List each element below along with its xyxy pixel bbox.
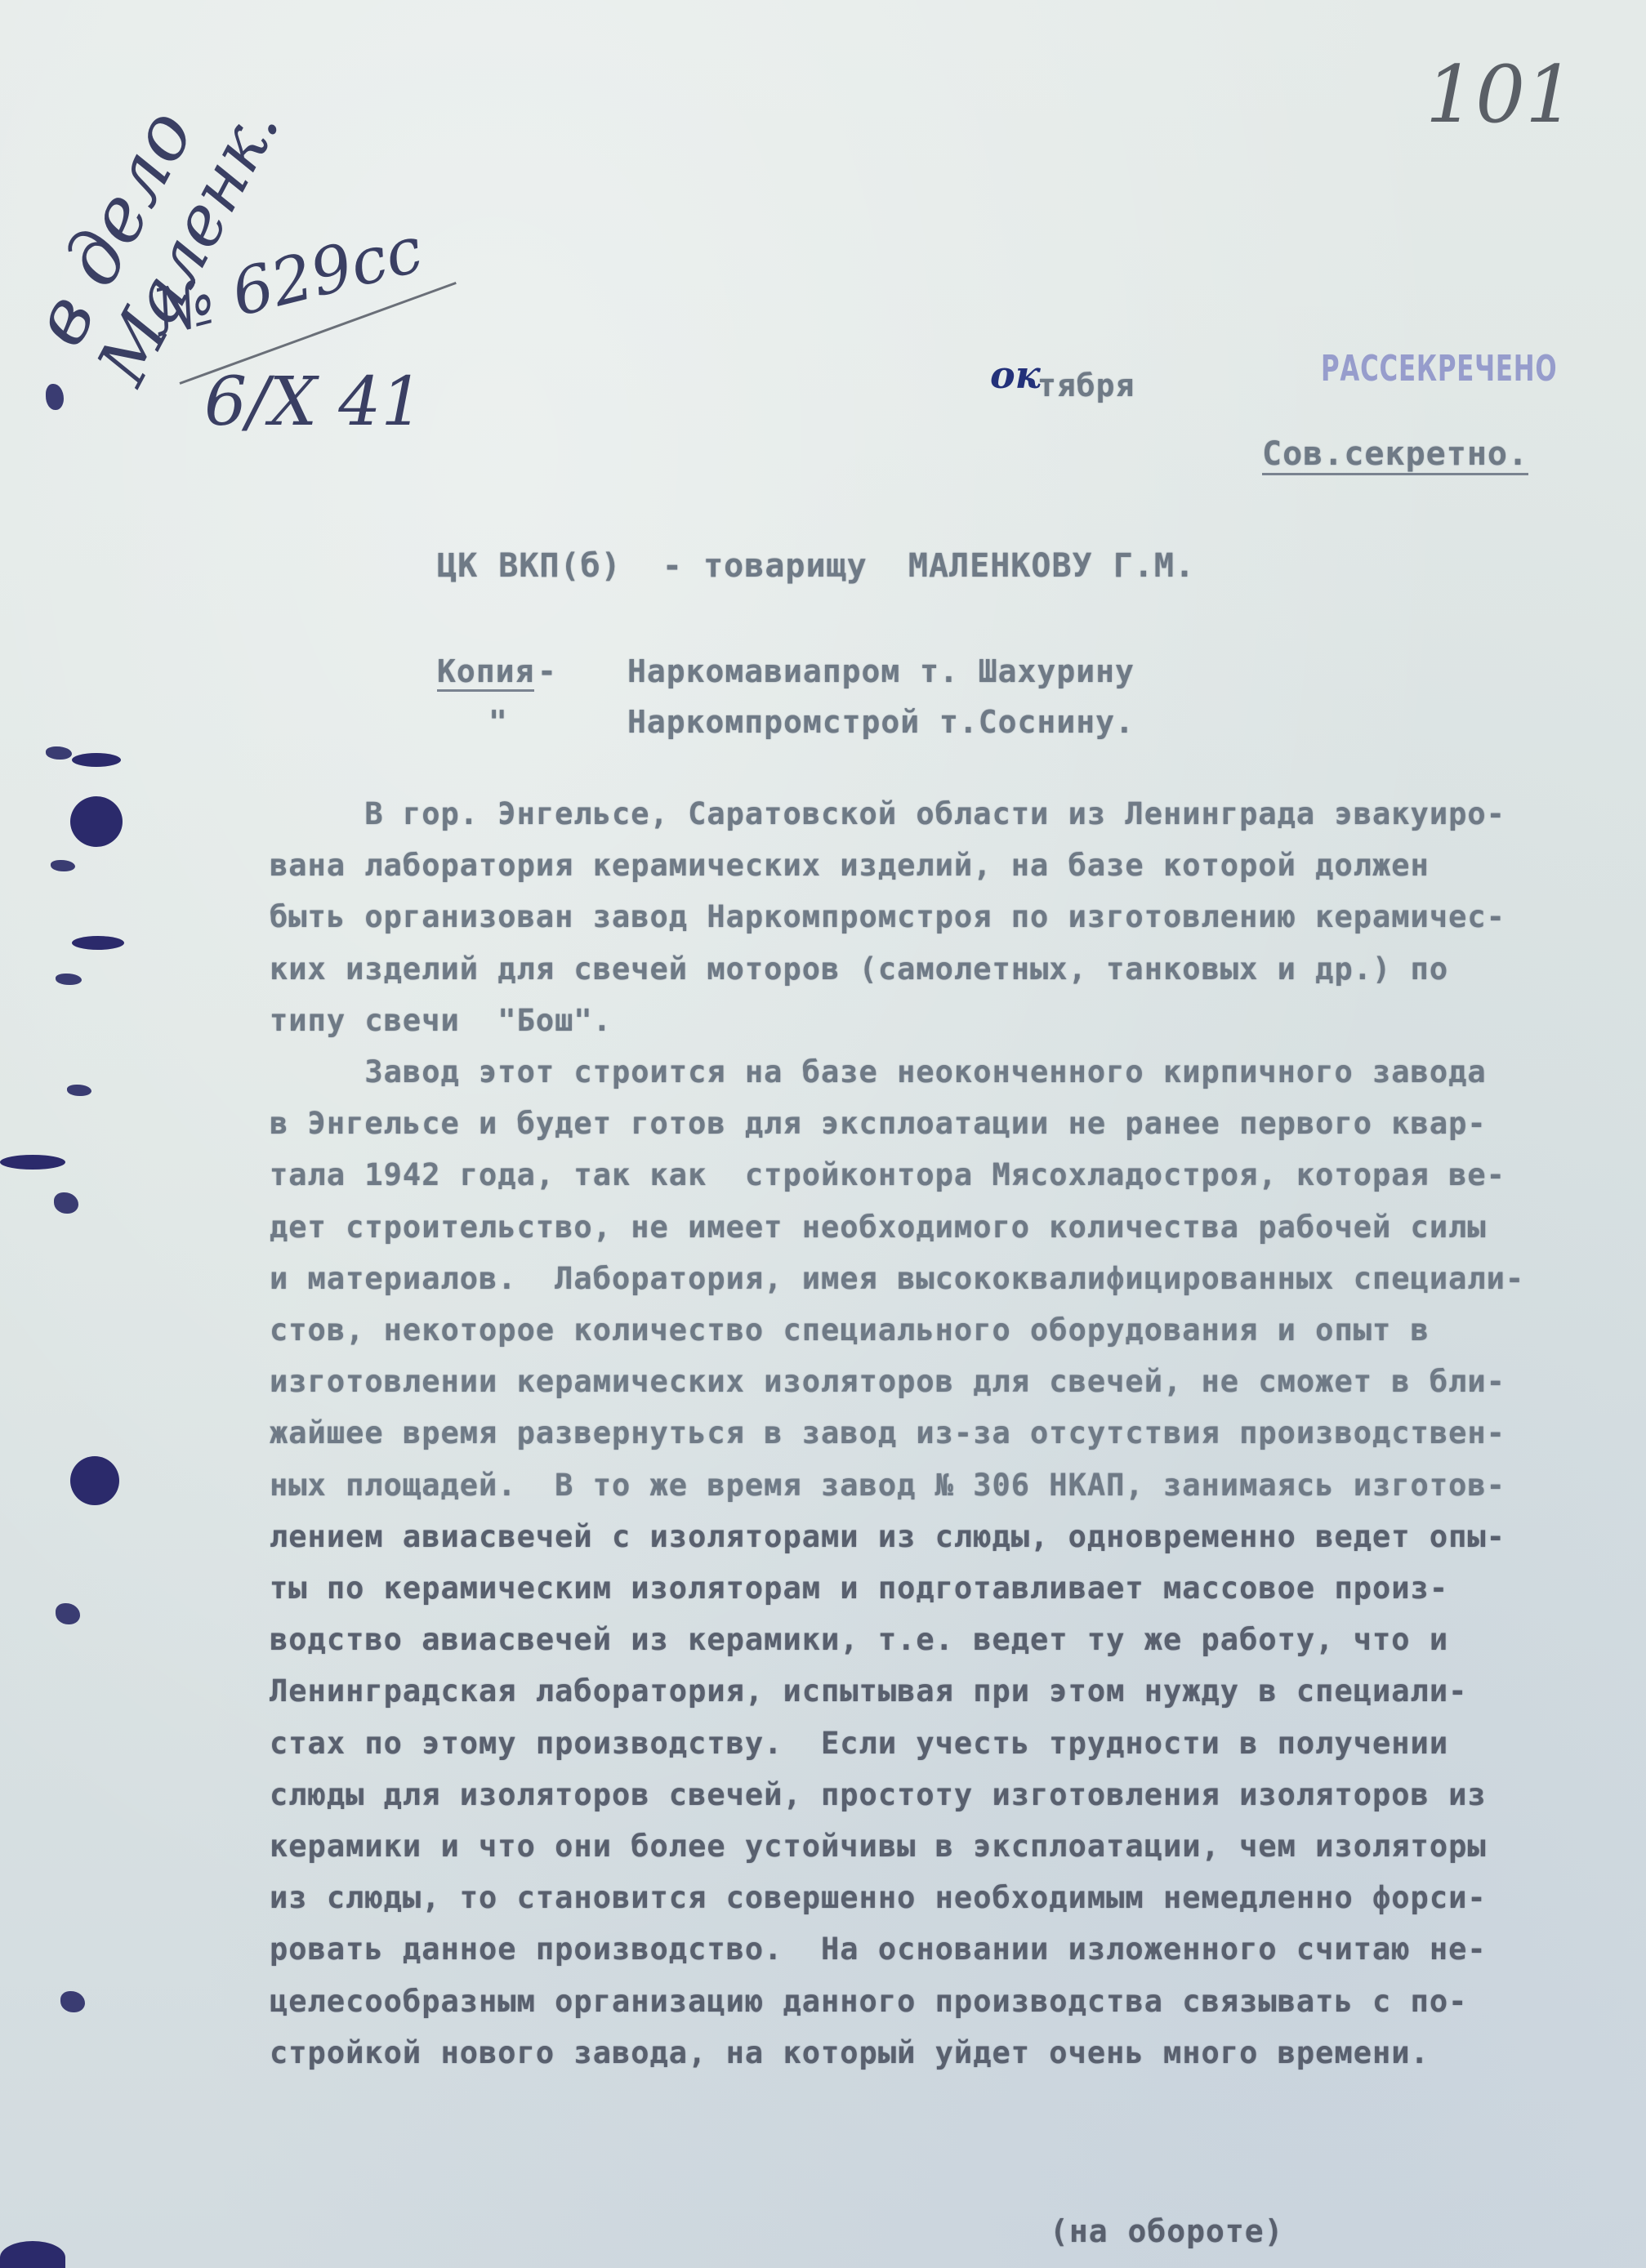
body-line: В гор. Энгельсе, Саратовской области из …: [270, 796, 1505, 831]
body-line: в Энгельсе и будет готов для эксплоатаци…: [270, 1106, 1487, 1141]
body-line: целесообразным организацию данного произ…: [270, 1984, 1467, 2019]
copy-label: Копия: [437, 653, 534, 692]
classification-label: Сов.секретно.: [1262, 435, 1528, 475]
copy-dash: -: [538, 653, 557, 689]
body-line: ровать данное производство. На основании…: [270, 1932, 1487, 1967]
document-page: в дело Маленк. № 629сс 6/X 41 101 ок тяб…: [0, 0, 1646, 2268]
body-line: лением авиасвечей с изоляторами из слюды…: [270, 1519, 1505, 1554]
body-line: быть организован завод Наркомпромстроя п…: [270, 899, 1505, 934]
binder-hole: [67, 1085, 91, 1096]
body-line: из слюды, то становится совершенно необх…: [270, 1880, 1487, 1915]
binder-hole: [0, 1155, 65, 1170]
body-line: жайшее время развернуться в завод из-за …: [270, 1415, 1505, 1450]
body-line: Ленинградская лаборатория, испытывая при…: [270, 1673, 1467, 1709]
binder-hole: [72, 753, 121, 767]
copy-recipient-2: Наркомпромстрой т.Соснину.: [627, 704, 1135, 740]
body-line: слюды для изоляторов свечей, простоту из…: [270, 1777, 1487, 1812]
binder-hole: [0, 2241, 65, 2268]
copy-recipient-1: Наркомавиапром т. Шахурину: [627, 653, 1135, 689]
date-handwritten-prefix: ок: [990, 353, 1041, 397]
body-line: ты по керамическим изоляторам и подготав…: [270, 1571, 1448, 1606]
body-line: водство авиасвечей из керамики, т.е. вед…: [270, 1622, 1448, 1657]
body-line: стройкой нового завода, на который уйдет…: [270, 2035, 1430, 2070]
addressee: ЦК ВКП(б) - товарищу МАЛЕНКОВУ Г.М.: [437, 547, 1195, 585]
binder-hole: [72, 936, 124, 950]
binder-hole: [46, 384, 64, 410]
body-line: керамики и что они более устойчивы в экс…: [270, 1829, 1487, 1864]
binder-hole: [70, 1456, 119, 1505]
declassified-stamp: РАССЕКРЕЧЕНО: [1321, 348, 1557, 390]
date-month: тября: [1037, 368, 1135, 403]
binder-hole: [60, 1991, 85, 2012]
continued-overleaf: (на обороте): [1050, 2213, 1284, 2249]
registration-date: 6/X 41: [204, 363, 424, 441]
binder-hole: [54, 1192, 78, 1214]
binder-hole: [56, 974, 82, 985]
binder-hole: [56, 1603, 80, 1624]
binder-hole: [51, 860, 75, 871]
binder-hole: [46, 746, 72, 760]
body-line: изготовлении керамических изоляторов для…: [270, 1364, 1505, 1399]
body-line: и материалов. Лаборатория, имея высококв…: [270, 1261, 1524, 1296]
body-line: стах по этому производству. Если учесть …: [270, 1726, 1448, 1761]
page-number: 101: [1425, 49, 1575, 140]
body-line: тала 1942 года, так как стройконтора Мяс…: [270, 1157, 1505, 1192]
binder-hole: [70, 796, 123, 847]
body-line: ких изделий для свечей моторов (самолетн…: [270, 951, 1448, 987]
body-line: ных площадей. В то же время завод № 306 …: [270, 1468, 1505, 1503]
body-line: Завод этот строится на базе неоконченног…: [270, 1054, 1487, 1089]
body-line: типу свечи "Бош".: [270, 1003, 612, 1038]
body-line: стов, некоторое количество специального …: [270, 1312, 1430, 1348]
body-line: вана лаборатория керамических изделий, н…: [270, 848, 1430, 883]
ditto-mark: ": [488, 704, 508, 740]
body-line: дет строительство, не имеет необходимого…: [270, 1210, 1487, 1245]
